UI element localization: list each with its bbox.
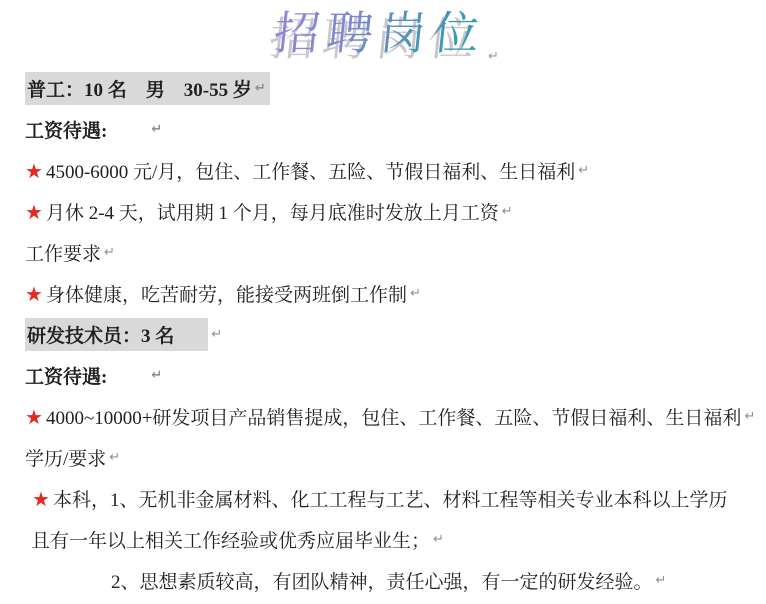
paragraph-mark-icon: ↵ [109, 450, 120, 465]
star-icon: ★ [25, 284, 43, 304]
line-text: 月休 2-4 天，试用期 1 个月，每月底准时发放上月工资 [46, 198, 499, 225]
heading-text: 研发技术员：3 名 [27, 321, 174, 348]
paragraph-mark-icon: ↵ [433, 532, 444, 547]
heading-text: 工作要求 [25, 239, 101, 266]
heading-text: 普工：10 名 男 30-55 岁 [27, 75, 252, 102]
paragraph-mark-icon: ↵ [502, 204, 513, 219]
line-text: 且有一年以上相关工作经验或优秀应届毕业生； [31, 526, 430, 553]
paragraph-mark-icon: ↵ [211, 327, 222, 342]
paragraph-mark-icon: ↵ [151, 122, 162, 137]
paragraph-mark-icon: ↵ [744, 409, 755, 424]
paragraph-mark-icon: ↵ [578, 163, 589, 178]
line-text: 身体健康，吃苦耐劳，能接受两班倒工作制 [46, 280, 407, 307]
rest-days-line: ★ 月休 2-4 天，试用期 1 个月，每月底准时发放上月工资 ↵ [25, 191, 748, 232]
education-requirement-heading: 学历/要求 ↵ [25, 437, 748, 478]
paragraph-mark-icon: ↵ [656, 573, 667, 588]
salary-heading-2: 工资待遇: ↵ [25, 355, 748, 396]
paragraph-mark-icon: ↵ [488, 49, 499, 64]
star-icon: ★ [25, 202, 43, 222]
salary-heading: 工资待遇: ↵ [25, 109, 748, 150]
paragraph-mark-icon: ↵ [151, 368, 162, 383]
salary-detail-line: ★ 4500-6000 元/月，包住、工作餐、五险、节假日福利、生日福利 ↵ [25, 150, 748, 191]
section-putong-heading: 普工：10 名 男 30-55 岁 ↵ [25, 68, 748, 109]
line-text: 4000~10000+研发项目产品销售提成，包住、工作餐、五险、节假日福利、生日… [46, 403, 742, 430]
heading-text: 工资待遇: [25, 116, 107, 143]
title-row: 招聘岗位 招聘岗位 ↵ [25, 4, 748, 66]
heading-text: 工资待遇: [25, 362, 107, 389]
title-text: 招聘岗位 [271, 8, 488, 59]
page-title: 招聘岗位 招聘岗位 [271, 4, 489, 64]
work-requirement-heading: 工作要求 ↵ [25, 232, 748, 273]
quality-requirement-line: 2、思想素质较高，有团队精神，责任心强，有一定的研发经验。 ↵ [25, 560, 748, 601]
highlighted-heading: 普工：10 名 男 30-55 岁 ↵ [25, 72, 270, 105]
heading-text: 学历/要求 [25, 444, 106, 471]
line-text: 本科，1、无机非金属材料、化工工程与工艺、材料工程等相关专业本科以上学历 [53, 485, 728, 512]
health-requirement-line: ★ 身体健康，吃苦耐劳，能接受两班倒工作制 ↵ [25, 273, 748, 314]
line-text: 4500-6000 元/月，包住、工作餐、五险、节假日福利、生日福利 [46, 157, 575, 184]
star-icon: ★ [25, 161, 43, 181]
degree-requirement-line: ★ 本科，1、无机非金属材料、化工工程与工艺、材料工程等相关专业本科以上学历 [25, 478, 748, 519]
paragraph-mark-icon: ↵ [255, 81, 266, 96]
salary-detail-line-2: ★ 4000~10000+研发项目产品销售提成，包住、工作餐、五险、节假日福利、… [25, 396, 748, 437]
star-icon: ★ [32, 489, 50, 509]
paragraph-mark-icon: ↵ [104, 245, 115, 260]
section-technician-heading: 研发技术员：3 名 ↵ [25, 314, 748, 355]
star-icon: ★ [25, 407, 43, 427]
experience-requirement-line: 且有一年以上相关工作经验或优秀应届毕业生； ↵ [25, 519, 748, 560]
highlighted-heading: 研发技术员：3 名 [25, 318, 208, 351]
paragraph-mark-icon: ↵ [410, 286, 421, 301]
line-text: 2、思想素质较高，有团队精神，责任心强，有一定的研发经验。 [111, 567, 653, 594]
document-page: 招聘岗位 招聘岗位 ↵ 普工：10 名 男 30-55 岁 ↵ 工资待遇: ↵ … [0, 0, 766, 604]
